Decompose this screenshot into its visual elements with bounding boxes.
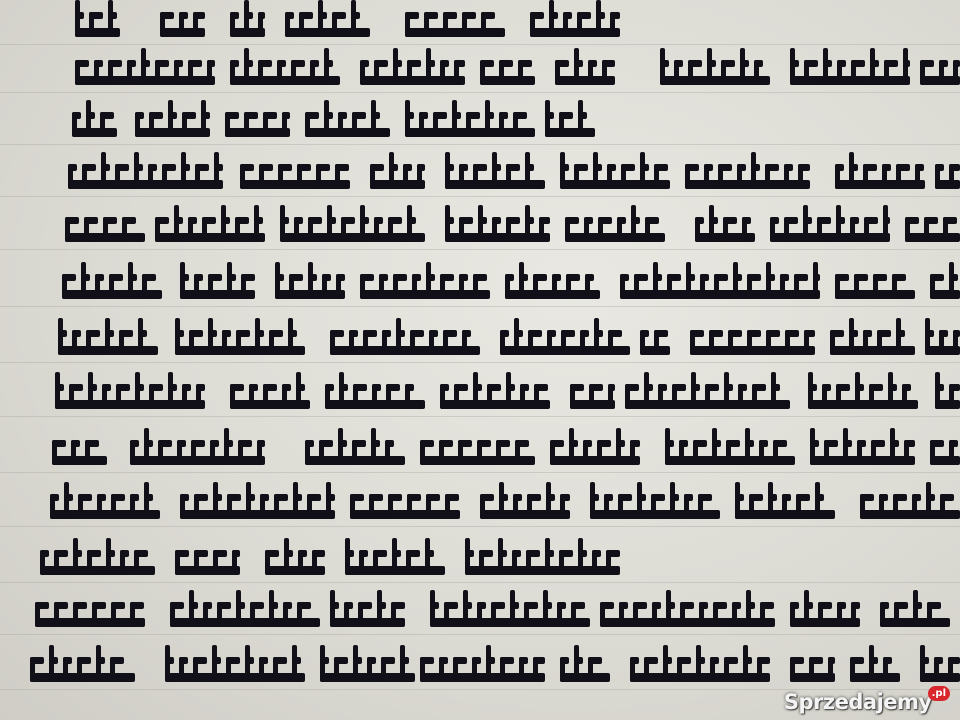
script-word bbox=[160, 0, 205, 44]
script-word bbox=[665, 428, 795, 472]
script-word bbox=[565, 205, 665, 249]
ruling-line bbox=[0, 416, 960, 417]
script-word bbox=[560, 645, 610, 689]
ruling-line bbox=[0, 44, 960, 45]
script-word bbox=[225, 100, 290, 144]
ruling-line bbox=[0, 144, 960, 145]
script-word bbox=[465, 538, 620, 582]
script-word bbox=[500, 318, 630, 362]
script-word bbox=[175, 538, 240, 582]
script-word bbox=[600, 590, 775, 634]
script-word bbox=[620, 262, 820, 306]
script-word bbox=[550, 428, 640, 472]
script-word bbox=[180, 482, 335, 526]
ruling-line bbox=[0, 196, 960, 197]
script-word bbox=[920, 645, 960, 689]
script-word bbox=[905, 205, 960, 249]
script-word bbox=[265, 538, 325, 582]
script-word bbox=[230, 372, 310, 416]
ruling-line bbox=[0, 92, 960, 93]
ruling-line bbox=[0, 362, 960, 363]
script-word bbox=[240, 152, 350, 196]
script-line bbox=[0, 0, 960, 44]
script-word bbox=[370, 152, 425, 196]
watermark-text: Sprzedajemy bbox=[784, 690, 932, 714]
script-word bbox=[430, 590, 590, 634]
script-word bbox=[52, 428, 107, 472]
watermark-badge: .pl bbox=[928, 686, 950, 701]
manuscript-photo bbox=[0, 0, 960, 720]
script-word bbox=[790, 590, 860, 634]
script-word bbox=[230, 0, 265, 44]
script-word bbox=[790, 645, 835, 689]
script-word bbox=[685, 152, 810, 196]
script-line bbox=[0, 590, 960, 634]
script-word bbox=[170, 590, 320, 634]
script-word bbox=[830, 318, 915, 362]
script-word bbox=[305, 428, 405, 472]
script-line bbox=[0, 205, 960, 249]
script-word bbox=[330, 318, 480, 362]
script-word bbox=[360, 262, 490, 306]
script-word bbox=[445, 205, 550, 249]
script-word bbox=[880, 590, 950, 634]
script-word bbox=[560, 152, 670, 196]
script-word bbox=[420, 428, 535, 472]
script-word bbox=[285, 0, 370, 44]
script-word bbox=[850, 645, 900, 689]
script-word bbox=[75, 48, 215, 92]
script-word bbox=[935, 372, 960, 416]
script-word bbox=[155, 205, 265, 249]
script-word bbox=[68, 152, 223, 196]
script-word bbox=[30, 645, 135, 689]
script-word bbox=[75, 0, 120, 44]
script-word bbox=[345, 538, 445, 582]
script-word bbox=[935, 152, 960, 196]
script-word bbox=[445, 152, 545, 196]
script-word bbox=[305, 100, 390, 144]
ruling-line bbox=[0, 249, 960, 250]
script-word bbox=[440, 372, 550, 416]
script-word bbox=[135, 100, 210, 144]
watermark-logo: Sprzedajemy .pl bbox=[784, 690, 950, 714]
script-line bbox=[0, 428, 960, 472]
ruling-line bbox=[0, 472, 960, 473]
script-word bbox=[180, 262, 255, 306]
ruling-line bbox=[0, 582, 960, 583]
ruling-line bbox=[0, 526, 960, 527]
script-word bbox=[40, 538, 155, 582]
script-word bbox=[420, 645, 545, 689]
script-word bbox=[480, 48, 535, 92]
script-word bbox=[320, 645, 415, 689]
script-word bbox=[930, 428, 960, 472]
script-word bbox=[65, 205, 145, 249]
script-line bbox=[0, 48, 960, 92]
script-word bbox=[350, 482, 460, 526]
script-line bbox=[0, 152, 960, 196]
script-word bbox=[570, 372, 615, 416]
script-word bbox=[690, 318, 815, 362]
script-word bbox=[735, 482, 835, 526]
script-word bbox=[555, 48, 615, 92]
script-word bbox=[630, 645, 770, 689]
ruling-line bbox=[0, 634, 960, 635]
script-word bbox=[920, 48, 960, 92]
script-word bbox=[625, 372, 790, 416]
script-word bbox=[930, 262, 960, 306]
script-word bbox=[35, 590, 145, 634]
script-word bbox=[405, 0, 505, 44]
script-word bbox=[55, 372, 205, 416]
script-line bbox=[0, 100, 960, 144]
script-word bbox=[325, 372, 425, 416]
script-word bbox=[695, 205, 755, 249]
script-word bbox=[505, 262, 600, 306]
script-word bbox=[810, 428, 915, 472]
script-line bbox=[0, 318, 960, 362]
script-word bbox=[50, 482, 160, 526]
script-word bbox=[660, 48, 770, 92]
script-line bbox=[0, 262, 960, 306]
script-word bbox=[165, 645, 305, 689]
script-word bbox=[770, 205, 890, 249]
script-word bbox=[230, 48, 340, 92]
script-word bbox=[790, 48, 910, 92]
script-word bbox=[72, 100, 117, 144]
script-line bbox=[0, 372, 960, 416]
script-word bbox=[275, 262, 345, 306]
script-word bbox=[925, 318, 960, 362]
script-word bbox=[545, 100, 595, 144]
script-word bbox=[280, 205, 425, 249]
script-word bbox=[62, 262, 162, 306]
script-word bbox=[590, 482, 720, 526]
script-word bbox=[360, 48, 465, 92]
script-word bbox=[405, 100, 535, 144]
script-word bbox=[175, 318, 305, 362]
script-word bbox=[330, 590, 405, 634]
script-word bbox=[860, 482, 960, 526]
ruling-line bbox=[0, 306, 960, 307]
script-word bbox=[835, 262, 915, 306]
script-word bbox=[480, 482, 570, 526]
script-word bbox=[808, 372, 918, 416]
script-line bbox=[0, 538, 960, 582]
script-line bbox=[0, 482, 960, 526]
script-word bbox=[530, 0, 620, 44]
script-word bbox=[58, 318, 158, 362]
script-word bbox=[835, 152, 925, 196]
script-word bbox=[130, 428, 265, 472]
script-line bbox=[0, 645, 960, 689]
script-word bbox=[640, 318, 670, 362]
